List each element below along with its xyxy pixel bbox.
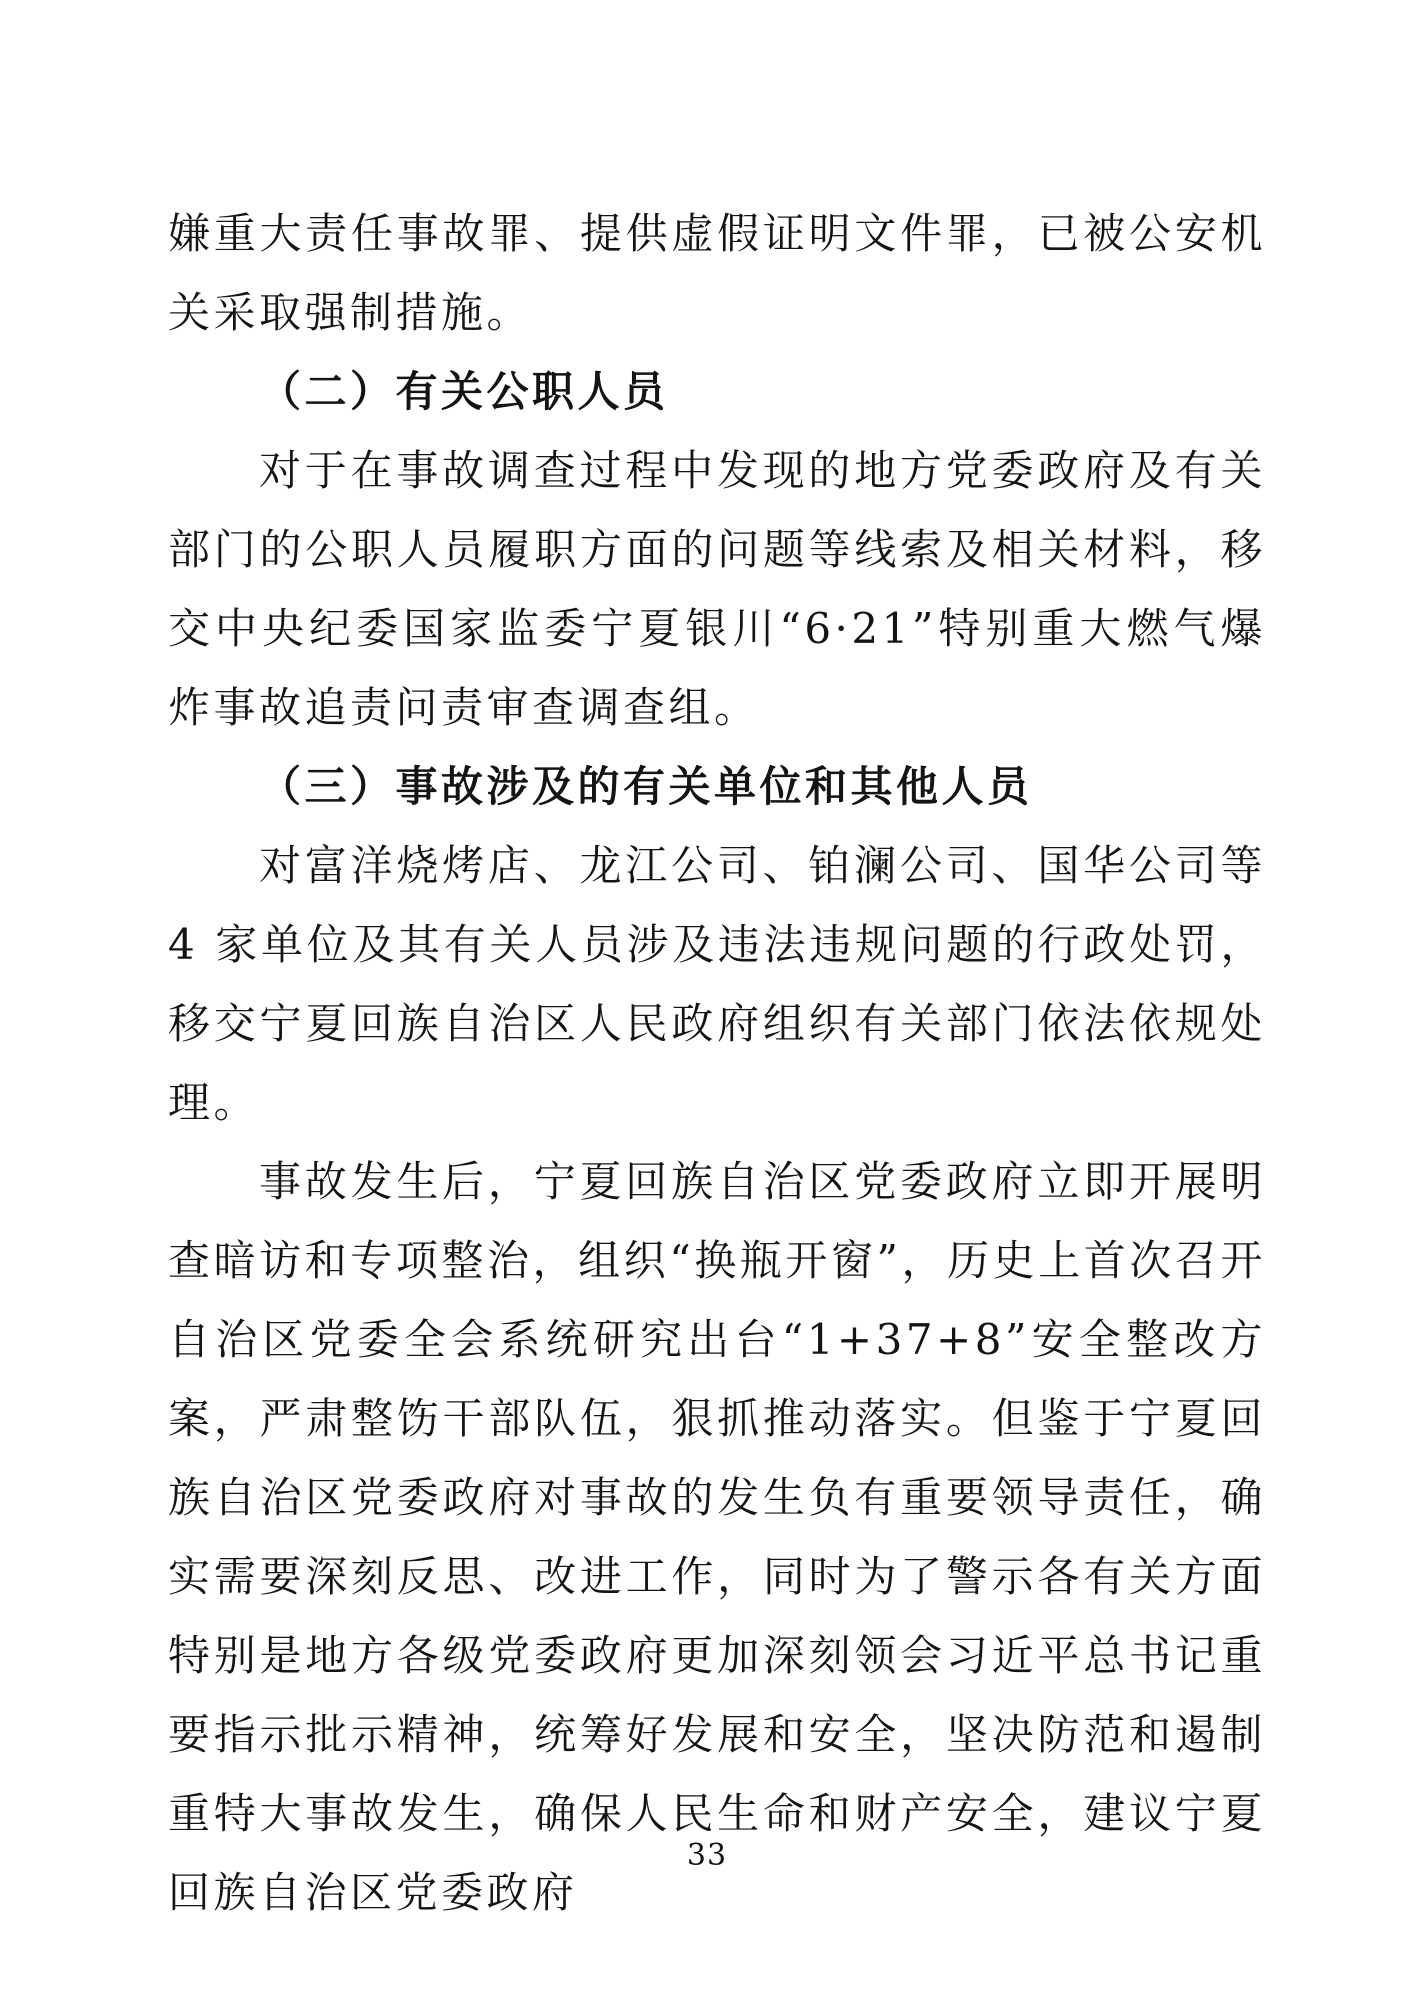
- paragraph-continuation: 嫌重大责任事故罪、提供虚假证明文件罪，已被公安机关采取强制措施。: [168, 194, 1266, 352]
- document-page: 嫌重大责任事故罪、提供虚假证明文件罪，已被公安机关采取强制措施。 （二）有关公职…: [0, 0, 1414, 2000]
- document-body: 嫌重大责任事故罪、提供虚假证明文件罪，已被公安机关采取强制措施。 （二）有关公职…: [168, 194, 1266, 1932]
- paragraph: 事故发生后，宁夏回族自治区党委政府立即开展明查暗访和专项整治，组织“换瓶开窗”，…: [168, 1142, 1266, 1932]
- section-heading-2: （二）有关公职人员: [168, 352, 1266, 431]
- page-number: 33: [0, 1838, 1414, 1873]
- section-heading-3: （三）事故涉及的有关单位和其他人员: [168, 747, 1266, 826]
- paragraph: 对富洋烧烤店、龙江公司、铂澜公司、国华公司等 4 家单位及其有关人员涉及违法违规…: [168, 826, 1266, 1142]
- paragraph: 对于在事故调查过程中发现的地方党委政府及有关部门的公职人员履职方面的问题等线索及…: [168, 431, 1266, 747]
